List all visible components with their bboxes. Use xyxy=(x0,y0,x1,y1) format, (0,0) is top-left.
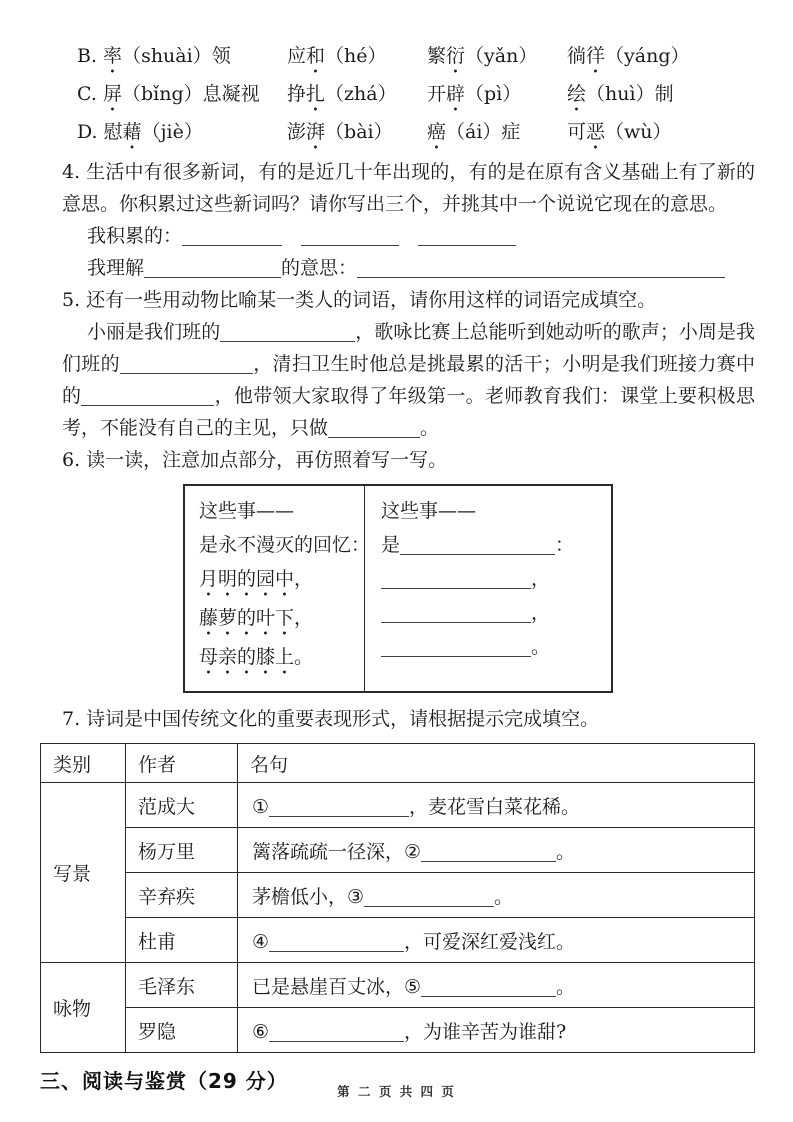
blank-line xyxy=(381,569,531,589)
emphasized-text: 母亲的膝上 xyxy=(199,646,294,668)
q7-author-cell: 杜甫 xyxy=(126,918,238,963)
table-row: 辛弃疾茅檐低小，③。 xyxy=(41,873,755,918)
emphasized-text: 月明的园中 xyxy=(199,568,294,590)
option-row: C. 屏（bǐng）息凝视挣扎（zhá）开辟（pì）绘（huì）制 xyxy=(77,78,755,116)
poem-line: 是： xyxy=(381,528,603,562)
page-footer: 第 二 页 共 四 页 xyxy=(0,1082,793,1100)
q7-verse-cell: ①，麦花雪白菜花稀。 xyxy=(238,783,755,828)
poem-line: 母亲的膝上。 xyxy=(199,640,356,679)
table-row: 罗隐⑥，为谁辛苦为谁甜? xyxy=(41,1008,755,1053)
emphasized-text: 和 xyxy=(306,45,325,67)
blank-line xyxy=(144,258,281,278)
poem-line: ， xyxy=(381,596,603,630)
exam-page: B. 率（shuài）领应和（hé）繁衍（yǎn）徜徉（yáng）C. 屏（bǐ… xyxy=(0,0,793,1122)
q7-author-cell: 罗隐 xyxy=(126,1008,238,1053)
emphasized-text: 屏 xyxy=(103,83,122,105)
blank-line xyxy=(418,226,516,246)
blank-line xyxy=(220,322,355,342)
question-5-body: 小丽是我们班的，歌咏比赛上总能听到她动听的歌声；小周是我们班的，清扫卫生时他总是… xyxy=(62,316,755,444)
emphasized-text: 绘 xyxy=(567,83,586,105)
blank-line xyxy=(421,842,556,862)
option-item: 开辟（pì） xyxy=(427,78,567,116)
option-item: 挣扎（zhá） xyxy=(287,78,427,116)
blank-line xyxy=(120,354,253,374)
table-row: 写景范成大①，麦花雪白菜花稀。 xyxy=(41,783,755,828)
q7-category-cell: 写景 xyxy=(41,783,126,963)
poem-line: 是永不漫灭的回忆： xyxy=(199,528,356,562)
poem-line: 。 xyxy=(381,630,603,664)
table-row: 咏物毛泽东已是悬崖百丈冰，⑤。 xyxy=(41,963,755,1008)
q7-verse-cell: 篱落疏疏一径深，②。 xyxy=(238,828,755,873)
blank-line xyxy=(81,386,214,406)
q7-verse-cell: 已是悬崖百丈冰，⑤。 xyxy=(238,963,755,1008)
emphasized-text: 辟 xyxy=(446,83,465,105)
q7-poetry-table: 类别作者名句写景范成大①，麦花雪白菜花稀。杨万里篱落疏疏一径深，②。辛弃疾茅檐低… xyxy=(40,743,755,1053)
blank-line xyxy=(328,418,420,438)
table-header-row: 类别作者名句 xyxy=(41,744,755,783)
option-item: 繁衍（yǎn） xyxy=(427,40,567,78)
q7-verse-cell: 茅檐低小，③。 xyxy=(238,873,755,918)
q7-header-cell: 名句 xyxy=(238,744,755,783)
table-row: 杨万里篱落疏疏一径深，②。 xyxy=(41,828,755,873)
question-4-text: 4. 生活中有很多新词，有的是近几十年出现的，有的是在原有含义基础上有了新的意思… xyxy=(62,156,755,220)
question-7-title: 7. 诗词是中国传统文化的重要表现形式，请根据提示完成填空。 xyxy=(62,703,755,735)
blank-line xyxy=(182,226,282,246)
blank-line xyxy=(421,977,556,997)
emphasized-text: 湃 xyxy=(306,121,325,143)
blank-line xyxy=(381,637,531,657)
option-item: 徜徉（yáng） xyxy=(567,40,755,78)
poem-line: 这些事—— xyxy=(381,494,603,528)
emphasized-text: 徉 xyxy=(586,45,605,67)
q7-author-cell: 毛泽东 xyxy=(126,963,238,1008)
q4-understand-line: 我理解的意思： xyxy=(87,252,755,284)
emphasized-text: 藉 xyxy=(123,121,142,143)
poem-line: 这些事—— xyxy=(199,494,356,528)
emphasized-text: 衍 xyxy=(446,45,465,67)
option-item: C. 屏（bǐng）息凝视 xyxy=(77,78,287,116)
q7-header-cell: 作者 xyxy=(126,744,238,783)
emphasized-text: 扎 xyxy=(306,83,325,105)
option-item: D. 慰藉（jiè） xyxy=(77,116,287,154)
poem-line: 月明的园中， xyxy=(199,562,356,601)
emphasized-text: 恶 xyxy=(586,121,605,143)
poem-line: 藤萝的叶下， xyxy=(199,601,356,640)
blank-line xyxy=(357,258,725,278)
poem-line: ， xyxy=(381,562,603,596)
option-item: 绘（huì）制 xyxy=(567,78,755,116)
blank-line xyxy=(301,226,399,246)
blank-line xyxy=(269,932,404,952)
q6-imitation-table: 这些事——是永不漫灭的回忆：月明的园中，藤萝的叶下，母亲的膝上。 这些事——是：… xyxy=(183,484,613,693)
q6-answer-cell: 这些事——是：，，。 xyxy=(365,486,611,691)
q6-example-cell: 这些事——是永不漫灭的回忆：月明的园中，藤萝的叶下，母亲的膝上。 xyxy=(185,486,365,691)
option-row: B. 率（shuài）领应和（hé）繁衍（yǎn）徜徉（yáng） xyxy=(77,40,755,78)
emphasized-text: 率 xyxy=(103,45,122,67)
blank-line xyxy=(364,887,494,907)
q7-header-cell: 类别 xyxy=(41,744,126,783)
q7-verse-cell: ⑥，为谁辛苦为谁甜? xyxy=(238,1008,755,1053)
q7-author-cell: 范成大 xyxy=(126,783,238,828)
blank-line xyxy=(400,535,555,555)
option-item: 澎湃（bài） xyxy=(287,116,427,154)
q7-author-cell: 辛弃疾 xyxy=(126,873,238,918)
option-item: 可恶（wù） xyxy=(567,116,755,154)
blank-line xyxy=(269,1022,404,1042)
pronunciation-option-rows: B. 率（shuài）领应和（hé）繁衍（yǎn）徜徉（yáng）C. 屏（bǐ… xyxy=(40,40,755,154)
table-row: 杜甫④，可爱深红爱浅红。 xyxy=(41,918,755,963)
question-5-title: 5. 还有一些用动物比喻某一类人的词语，请你用这样的词语完成填空。 xyxy=(62,284,755,316)
question-6-title: 6. 读一读，注意加点部分，再仿照着写一写。 xyxy=(62,444,755,476)
emphasized-text: 藤萝的叶下 xyxy=(199,607,294,629)
option-item: 应和（hé） xyxy=(287,40,427,78)
q7-author-cell: 杨万里 xyxy=(126,828,238,873)
blank-line xyxy=(381,603,531,623)
option-item: 癌（ái）症 xyxy=(427,116,567,154)
q4-accumulate-line: 我积累的： xyxy=(87,220,755,252)
option-item: B. 率（shuài）领 xyxy=(77,40,287,78)
option-row: D. 慰藉（jiè）澎湃（bài）癌（ái）症可恶（wù） xyxy=(77,116,755,154)
blank-line xyxy=(269,797,409,817)
q7-category-cell: 咏物 xyxy=(41,963,126,1053)
q7-verse-cell: ④，可爱深红爱浅红。 xyxy=(238,918,755,963)
emphasized-text: 癌 xyxy=(427,121,446,143)
